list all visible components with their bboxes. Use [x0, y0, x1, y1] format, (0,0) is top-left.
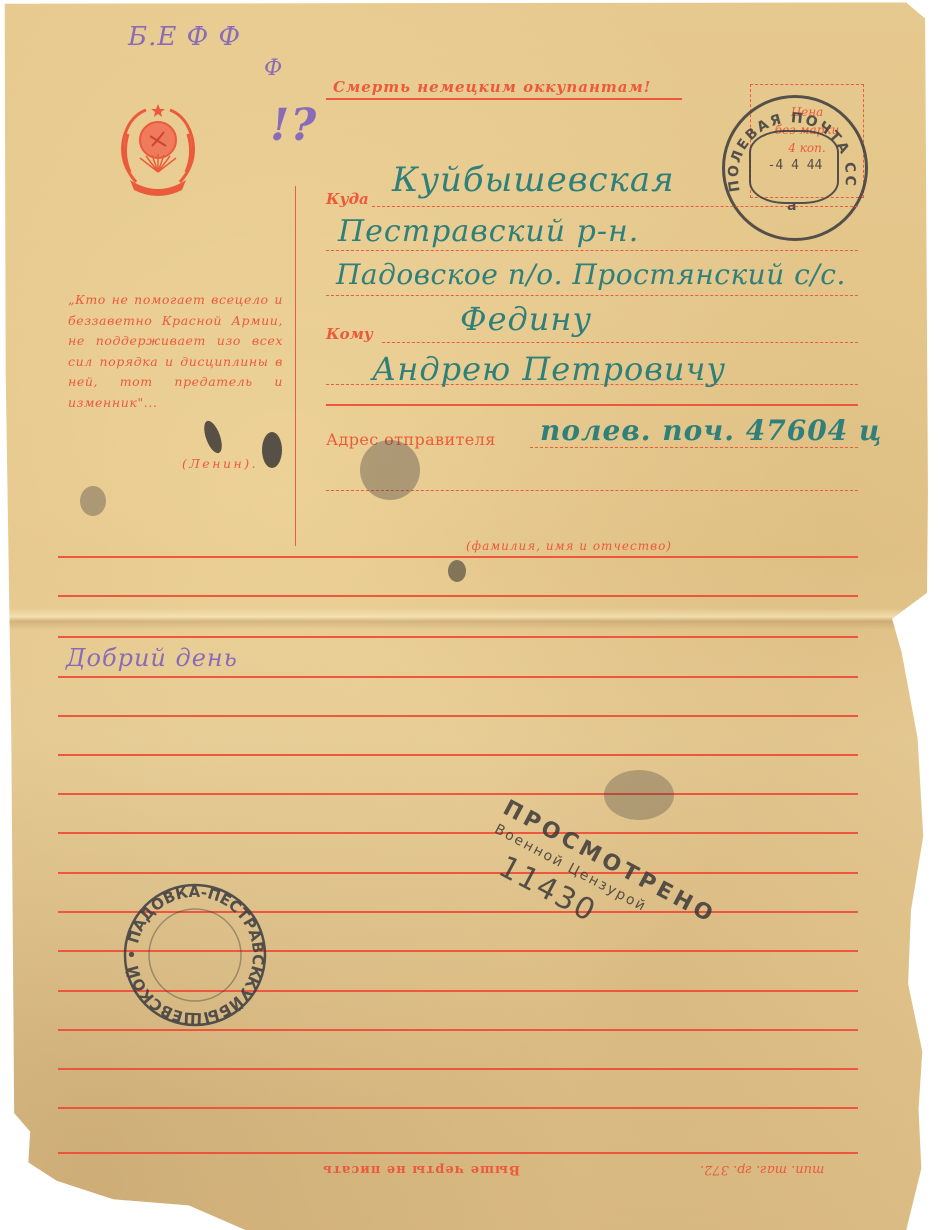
rule-line [58, 676, 858, 678]
faint-stamp-smudge [604, 770, 674, 820]
rule-line [58, 556, 858, 558]
to-line-2 [326, 250, 858, 251]
slogan: Смерть немецким оккупантам! [333, 78, 651, 96]
ink-smudge [80, 486, 106, 516]
handwritten-top-marks: Б.Е Ф Ф [128, 22, 241, 52]
ink-blot [262, 432, 282, 468]
handwritten-district: Пестравский р-н. [338, 214, 639, 249]
rule-line [58, 715, 858, 717]
field-post-postmark: ПОЛЕВАЯ ПОЧТА СССР -4 4 44 а [722, 95, 868, 241]
svg-text:КУЙБЫШЕВСКОЙ • ПАДОВКА-ПЕСТРАВ: КУЙБЫШЕВСКОЙ • ПАДОВКА-ПЕСТРАВСК • [120, 880, 270, 1030]
footer-printer-info: тип. таг. гр. 372. [700, 1162, 824, 1177]
to-line-3 [326, 295, 858, 296]
rule-line [58, 1068, 858, 1070]
sender-hint: (фамилия, имя и отчество) [466, 539, 672, 553]
handwritten-top-mark-f: Ф [264, 56, 283, 81]
footer-notice: Выше черты не писать [322, 1162, 520, 1177]
handwritten-greeting: Добрий день [66, 644, 238, 672]
paper-fold [0, 608, 930, 630]
handwritten-sender-address: полев. поч. 47604 ц [540, 414, 882, 447]
postmark-date: -4 4 44 [755, 158, 835, 173]
whom-label: Кому [326, 325, 373, 343]
ink-smudge [360, 440, 420, 500]
receiving-postmark-text: КУЙБЫШЕВСКОЙ • ПАДОВКА-ПЕСТРАВСК • [120, 880, 270, 1030]
sender-label: Адрес отправителя [326, 430, 496, 449]
lenin-quote: „Кто не помогает всецело и беззаветно Кр… [68, 290, 283, 413]
rule-line [58, 636, 858, 638]
slogan-underline [326, 98, 682, 100]
ussr-emblem-icon [116, 102, 200, 198]
handwritten-recipient-surname: Федину [460, 300, 592, 338]
rule-line [58, 1107, 858, 1109]
handwritten-region: Куйбышевская [392, 160, 675, 200]
rule-line [58, 595, 858, 597]
to-line-1 [372, 206, 858, 207]
sender-line-1 [530, 447, 858, 448]
handwritten-recipient-name: Андрею Петровичу [372, 350, 726, 388]
to-label: Куда [326, 190, 369, 208]
column-divider [295, 186, 296, 546]
military-censor-stamp: ПРОСМОТРЕНО Военной Цензурой 11430 [430, 790, 677, 1016]
letter-sheet: Б.Е Ф Ф Ф !? Смерть немецким оккупантам!… [0, 0, 944, 1230]
rule-line [58, 754, 858, 756]
rule-line [58, 793, 858, 795]
ink-blot [448, 560, 466, 582]
quote-author: (Ленин). [182, 456, 258, 471]
rule-line [58, 1152, 858, 1154]
receiving-postmark: КУЙБЫШЕВСКОЙ • ПАДОВКА-ПЕСТРАВСК • [120, 880, 270, 1030]
rule-line [58, 832, 858, 834]
ink-blot [201, 419, 226, 456]
handwritten-exclamation-question: !? [270, 100, 317, 151]
whom-line-1 [382, 342, 858, 343]
whom-line-3 [326, 404, 858, 406]
handwritten-post-office: Падовское п/о. Простянский с/с. [336, 258, 846, 291]
